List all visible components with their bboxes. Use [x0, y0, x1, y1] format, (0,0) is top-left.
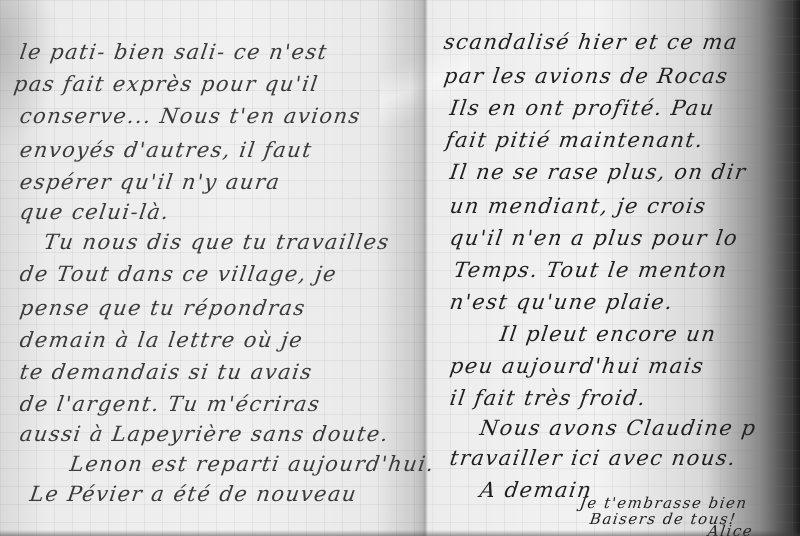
handwritten-line: Il pleut encore un: [498, 322, 718, 346]
handwritten-line: pas fait exprès pour qu'il: [12, 72, 320, 96]
handwritten-line: Nous avons Claudine p: [478, 416, 758, 440]
left-page: le pati- bien sali- ce n'est pas fait ex…: [0, 0, 420, 536]
right-page: scandalisé hier et ce ma par les avions …: [440, 0, 800, 536]
handwritten-line: n'est qu'une plaie.: [448, 290, 675, 314]
handwritten-line: qu'il n'en a plus pour lo: [448, 226, 740, 250]
handwritten-line: de l'argent. Tu m'écriras: [18, 392, 322, 416]
handwritten-line: pense que tu répondras: [18, 296, 307, 320]
handwritten-line: A demain: [478, 478, 594, 502]
handwritten-line: travailler ici avec nous.: [448, 446, 738, 470]
handwritten-line: il fait très froid.: [448, 386, 648, 410]
handwritten-line: Le Pévier a été de nouveau: [28, 482, 358, 506]
handwritten-line: un mendiant, je crois: [448, 194, 708, 218]
handwritten-line: Il ne se rase plus, on dir: [448, 160, 748, 184]
handwritten-line: que celui-là.: [18, 200, 171, 224]
handwritten-line: aussi à Lapeyrière sans doute.: [18, 422, 391, 446]
handwritten-line: espérer qu'il n'y aura: [18, 170, 282, 194]
handwritten-line: Ils en ont profité. Pau: [448, 96, 716, 120]
handwritten-line: Lenon est reparti aujourd'hui.: [68, 452, 436, 476]
letter-scan: le pati- bien sali- ce n'est pas fait ex…: [0, 0, 800, 536]
handwritten-line: demain à la lettre où je: [18, 328, 305, 352]
handwritten-line: te demandais si tu avais: [18, 360, 314, 384]
handwritten-line: Tu nous dis que tu travailles: [42, 230, 391, 254]
handwritten-line: envoyés d'autres, il faut: [18, 138, 314, 162]
handwritten-line: le pati- bien sali- ce n'est: [18, 40, 329, 64]
handwritten-line: fait pitié maintenant.: [444, 128, 705, 152]
handwritten-line: peu aujourd'hui mais: [448, 354, 706, 378]
handwritten-line: Temps. Tout le menton: [452, 258, 729, 282]
handwritten-line: de Tout dans ce village, je: [18, 262, 339, 286]
handwritten-line: par les avions de Rocas: [442, 64, 730, 88]
handwritten-line: conserve... Nous t'en avions: [18, 104, 362, 128]
paper-bottom-edge: [0, 530, 800, 536]
handwritten-line: scandalisé hier et ce ma: [442, 30, 739, 54]
